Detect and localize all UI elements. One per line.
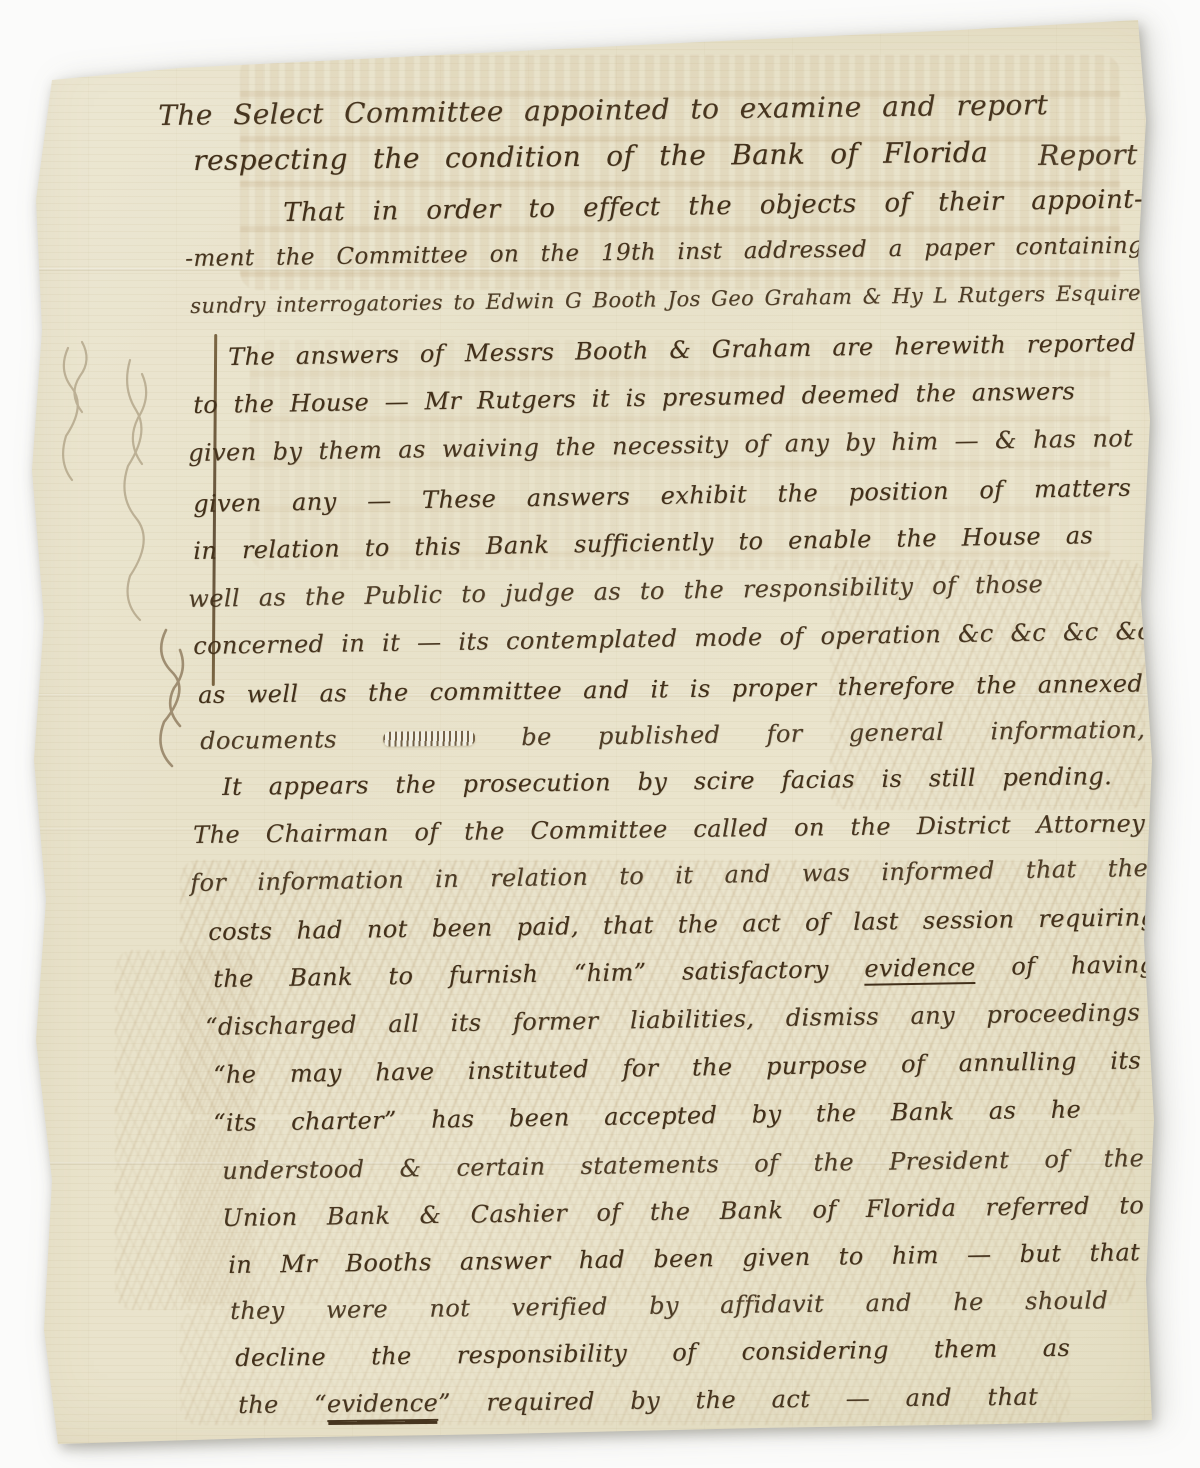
scan-background: The Select Committee appointed to examin… (0, 0, 1200, 1468)
manuscript-line: documents be published for general infor… (200, 714, 1145, 756)
manuscript-line: costs had not been paid, that the act of… (208, 902, 1156, 947)
manuscript-line: for information in relation to it and wa… (190, 853, 1148, 898)
manuscript-line: concerned in it — its contemplated mode … (193, 616, 1151, 661)
manuscript-line: The Select Committee appointed to examin… (158, 87, 1048, 133)
manuscript-line: The answers of Messrs Booth & Graham are… (228, 328, 1136, 372)
manuscript-line: in relation to this Bank sufficiently to… (193, 520, 1093, 566)
manuscript-line: That in order to effect the objects of t… (283, 183, 1143, 229)
manuscript-page: The Select Committee appointed to examin… (0, 0, 1200, 1468)
manuscript-line: It appears the prosecution by scire faci… (222, 761, 1112, 802)
manuscript-line: “he may have instituted for the purpose … (213, 1045, 1141, 1090)
handwriting-text: costs had not been paid, that the act of… (208, 903, 1156, 946)
handwriting-text: “its charter” has been accepted by the B… (213, 1095, 1081, 1137)
handwriting-text: The answers of Messrs Booth & Graham are… (228, 329, 1136, 371)
manuscript-line: the Bank to furnish “him” satisfactory e… (213, 949, 1155, 994)
handwriting-text: they were not verified by affidavit and … (230, 1286, 1108, 1325)
handwriting-text: That in order to effect the objects of t… (283, 184, 1143, 228)
handwriting-text: the Bank to furnish “him” satisfactory (213, 955, 865, 993)
manuscript-line: -ment the Committee on the 19th inst add… (185, 232, 1143, 274)
manuscript-line: given by them as waiving the necessity o… (188, 423, 1133, 468)
manuscript-line: The Chairman of the Committee called on … (193, 808, 1145, 850)
manuscript-line: the “evidence” required by the act — and… (238, 1382, 1038, 1423)
manuscript-line: Report (1038, 137, 1148, 173)
handwriting-text: given any — These answers exhibit the po… (193, 474, 1131, 518)
handwriting-text: in Mr Booths answer had been given to hi… (228, 1238, 1140, 1279)
handwriting-text: concerned in it — its contemplated mode … (193, 617, 1151, 660)
handwriting-text: evidence (327, 1388, 439, 1422)
handwriting-text: of having (975, 950, 1155, 981)
handwritten-text: The Select Committee appointed to examin… (0, 0, 1200, 1468)
handwriting-text: The Chairman of the Committee called on … (193, 809, 1145, 849)
handwriting-text: the “ (238, 1390, 327, 1419)
manuscript-line: to the House — Mr Rutgers it is presumed… (193, 376, 1075, 420)
handwriting-text: be published for general information, (475, 715, 1145, 751)
handwriting-text: “he may have instituted for the purpose … (213, 1046, 1141, 1089)
handwriting-text: for information in relation to it and wa… (190, 854, 1148, 897)
handwriting-text: as well as the committee and it is prope… (198, 669, 1143, 709)
manuscript-line: as well as the committee and it is prope… (198, 668, 1143, 710)
handwriting-text: documents (200, 725, 383, 755)
manuscript-line: well as the Public to judge as to the re… (188, 569, 1043, 614)
manuscript-line: Union Bank & Cashier of the Bank of Flor… (222, 1190, 1144, 1233)
paper-sheet: The Select Committee appointed to examin… (0, 0, 1200, 1468)
handwriting-text: Union Bank & Cashier of the Bank of Flor… (222, 1191, 1144, 1232)
manuscript-line: they were not verified by affidavit and … (230, 1285, 1108, 1326)
handwriting-text: -ment the Committee on the 19th inst add… (185, 233, 1143, 272)
manuscript-line: “its charter” has been accepted by the B… (213, 1094, 1081, 1138)
manuscript-line: sundry interrogatories to Edwin G Booth … (190, 280, 1152, 320)
handwriting-text: Report (1038, 138, 1138, 172)
scratched-out-word (383, 731, 475, 747)
handwriting-text: evidence (864, 953, 976, 986)
handwriting-text: in relation to this Bank sufficiently to… (193, 521, 1093, 565)
handwriting-text: It appears the prosecution by scire faci… (222, 762, 1112, 801)
manuscript-line: decline the responsibility of considerin… (235, 1333, 1070, 1373)
handwriting-text: The Select Committee appointed to examin… (158, 88, 1048, 132)
handwriting-text: sundry interrogatories to Edwin G Booth … (190, 281, 1152, 318)
handwriting-text: ” required by the act — and that (438, 1383, 1038, 1417)
manuscript-line: “discharged all its former liabilities, … (205, 997, 1140, 1042)
handwriting-text: given by them as waiving the necessity o… (188, 424, 1133, 467)
handwriting-text: “discharged all its former liabilities, … (205, 998, 1140, 1041)
handwriting-text: understood & certain statements of the P… (222, 1144, 1144, 1185)
manuscript-line: respecting the condition of the Bank of … (193, 135, 988, 178)
manuscript-line: given any — These answers exhibit the po… (193, 473, 1131, 519)
handwriting-text: decline the responsibility of considerin… (235, 1334, 1070, 1372)
handwriting-text: well as the Public to judge as to the re… (188, 570, 1043, 613)
handwriting-text: to the House — Mr Rutgers it is presumed… (193, 377, 1075, 419)
manuscript-line: in Mr Booths answer had been given to hi… (228, 1237, 1140, 1280)
handwriting-text: respecting the condition of the Bank of … (193, 136, 988, 177)
manuscript-line: understood & certain statements of the P… (222, 1143, 1144, 1186)
